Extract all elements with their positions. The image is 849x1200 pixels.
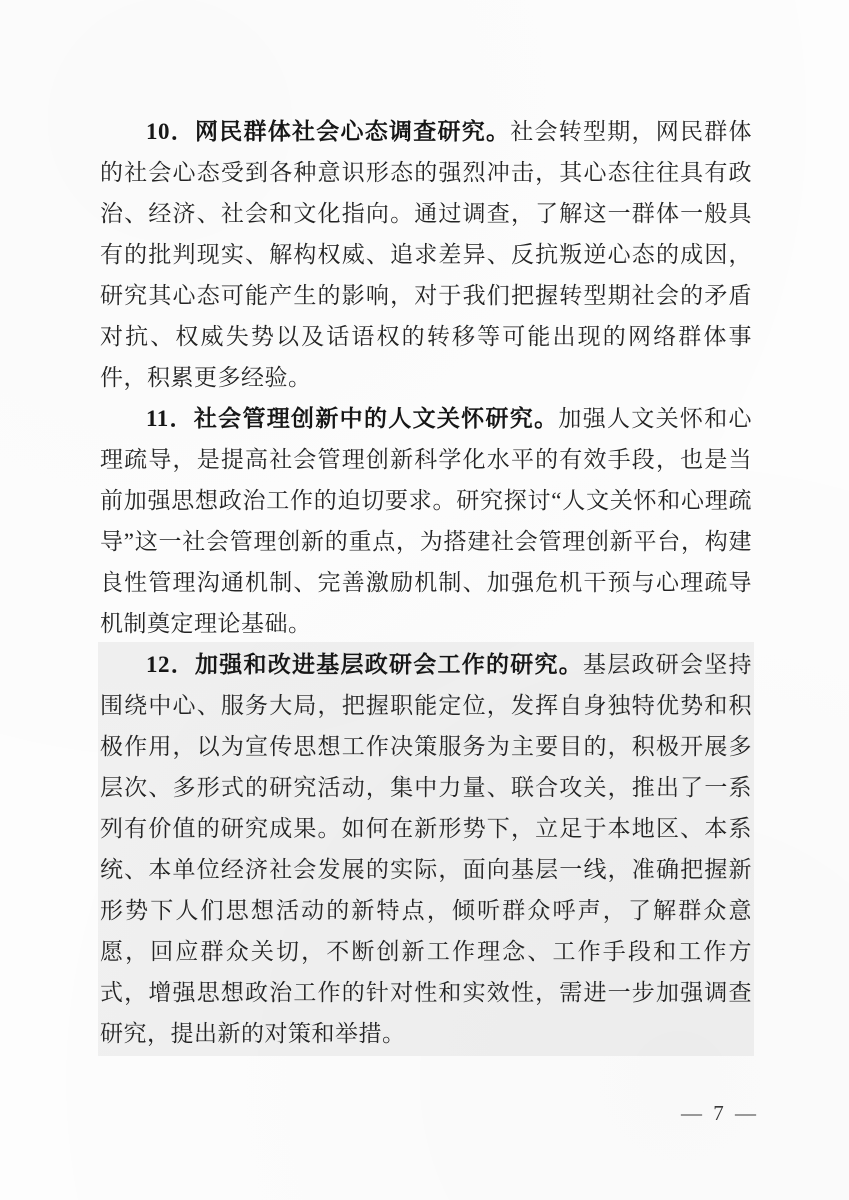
paragraph-11-text: 加强人文关怀和心理疏导，是提高社会管理创新科学化水平的有效手段，也是当前加强思想… — [100, 406, 752, 636]
document-page: 10．网民群体社会心态调查研究。社会转型期，网民群体的社会心态受到各种意识形态的… — [0, 0, 849, 1200]
paragraph-11-heading: 社会管理创新中的人文关怀研究。 — [194, 406, 559, 431]
page-number: — 7 — — [630, 1101, 810, 1126]
document-body: 10．网民群体社会心态调查研究。社会转型期，网民群体的社会心态受到各种意识形态的… — [100, 111, 752, 1054]
paragraph-10-number: 10． — [146, 119, 195, 144]
paragraph-11: 11．社会管理创新中的人文关怀研究。加强人文关怀和心理疏导，是提高社会管理创新科… — [100, 398, 752, 644]
paragraph-10-text: 社会转型期，网民群体的社会心态受到各种意识形态的强烈冲击，其心态往往具有政治、经… — [100, 119, 752, 390]
paragraph-12-heading: 加强和改进基层政研会工作的研究。 — [195, 652, 583, 677]
paragraph-12-text: 基层政研会坚持围绕中心、服务大局，把握职能定位，发挥自身独特优势和积极作用，以为… — [100, 652, 752, 1046]
paragraph-11-number: 11． — [146, 406, 194, 431]
paragraph-12-number: 12． — [146, 652, 195, 677]
paragraph-10-heading: 网民群体社会心态调查研究。 — [195, 119, 510, 144]
paragraph-10: 10．网民群体社会心态调查研究。社会转型期，网民群体的社会心态受到各种意识形态的… — [100, 111, 752, 398]
paragraph-12: 12．加强和改进基层政研会工作的研究。基层政研会坚持围绕中心、服务大局，把握职能… — [100, 644, 752, 1054]
